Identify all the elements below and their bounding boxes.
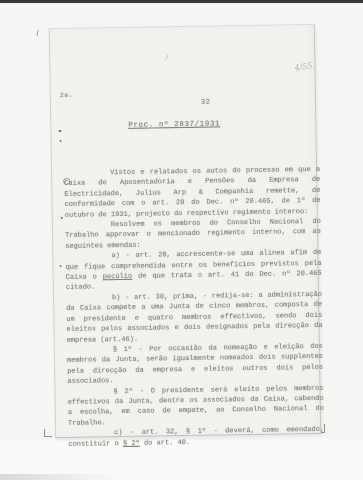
- paragraph-text: Vistos e relatados os autos do processo …: [64, 166, 320, 220]
- margin-note: 2a.: [60, 92, 73, 99]
- paragraph-text: Resolvem os membros do Conselho Nacional…: [65, 218, 321, 251]
- scan-bottom-left-shade: [0, 474, 118, 480]
- paragraph: c) - art. 32, § 1º - deverá, como emenda…: [68, 425, 324, 450]
- paragraph-text: § 1º - Por occasião da nomeação e eleiçã…: [67, 343, 323, 386]
- page-number: 32: [201, 99, 211, 107]
- underlined-text: pecúlio: [103, 273, 133, 281]
- body-text: Vistos e relatados os autos do processo …: [64, 165, 324, 450]
- paragraph: § 1º - Por occasião da nomeação e eleiçã…: [67, 342, 324, 388]
- handwritten-corner-note: 4/55.: [294, 61, 316, 73]
- paragraph: Vistos e relatados os autos do processo …: [64, 165, 321, 221]
- paragraph-text: do art. 40.: [140, 439, 191, 448]
- paragraph: Resolvem os membros do Conselho Nacional…: [65, 217, 321, 252]
- pencil-tick-mark: [165, 54, 169, 60]
- paragraph: b) - art. 30, prima, - redija-se: a admi…: [66, 290, 323, 346]
- paragraph-text: b) - art. 30, prima, - redija-se: a admi…: [66, 291, 322, 345]
- paper-sheet: 4/55. 2a. 32 Proc. nº 2837/1931 Vistos e…: [49, 24, 321, 438]
- crop-mark-bottom-left: [44, 429, 52, 437]
- paragraph-text: § 2º - O presidente será eleito pelos me…: [68, 384, 324, 427]
- paragraph-text: c) - art. 32, § 1º - deverá, como emenda…: [68, 426, 324, 448]
- crop-mark-top-left: [36, 30, 38, 36]
- paragraph: a) - art. 28, accrescente-se uma alinea …: [65, 248, 322, 294]
- paragraph: § 2º - O presidente será eleito pelos me…: [67, 383, 324, 429]
- scan-top-border: [0, 0, 363, 3]
- underlined-text: § 2º: [123, 439, 140, 447]
- paper-edge-speck: [61, 217, 63, 219]
- paper-edge-speck: [60, 265, 62, 267]
- paper-edge-speck: [58, 130, 61, 132]
- scanned-document-frame: 4/55. 2a. 32 Proc. nº 2837/1931 Vistos e…: [0, 0, 363, 480]
- doc-title: Proc. nº 2837/1931: [128, 120, 220, 129]
- paper-edge-speck: [60, 140, 62, 142]
